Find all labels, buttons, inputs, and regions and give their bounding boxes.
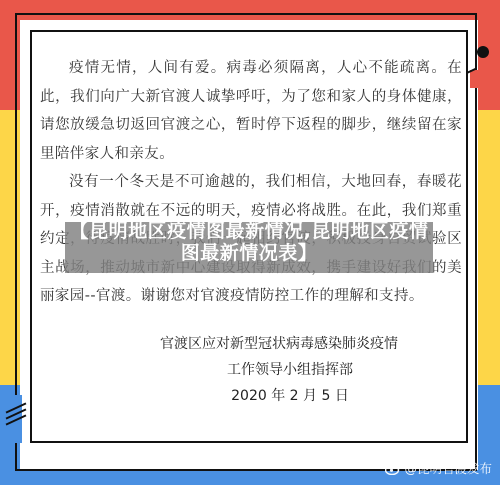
weibo-icon [385,461,401,475]
overlay-title: 【昆明地区疫情图最新情况,昆明地区疫情图最新情况表】 [65,220,433,264]
signature-date: 2020 年 2 月 5 日 [160,383,420,409]
signature-org-line-1: 官渡区应对新型冠状病毒感染肺炎疫情 [160,331,420,357]
watermark-text: @昆明官渡发布 [404,459,492,477]
paragraph: 疫情无情，人间有爱。病毒必须隔离，人心不能疏离。在此，我们向广大新官渡人诚挚呼吁… [40,54,462,168]
signature-org-line-2: 工作领导小组指挥部 [160,357,420,383]
frame-gap-right [470,70,482,88]
watermark: @昆明官渡发布 [385,459,492,477]
decorative-dot-icon [477,46,489,58]
document-signature: 官渡区应对新型冠状病毒感染肺炎疫情 工作领导小组指挥部 2020 年 2 月 5… [160,331,420,409]
